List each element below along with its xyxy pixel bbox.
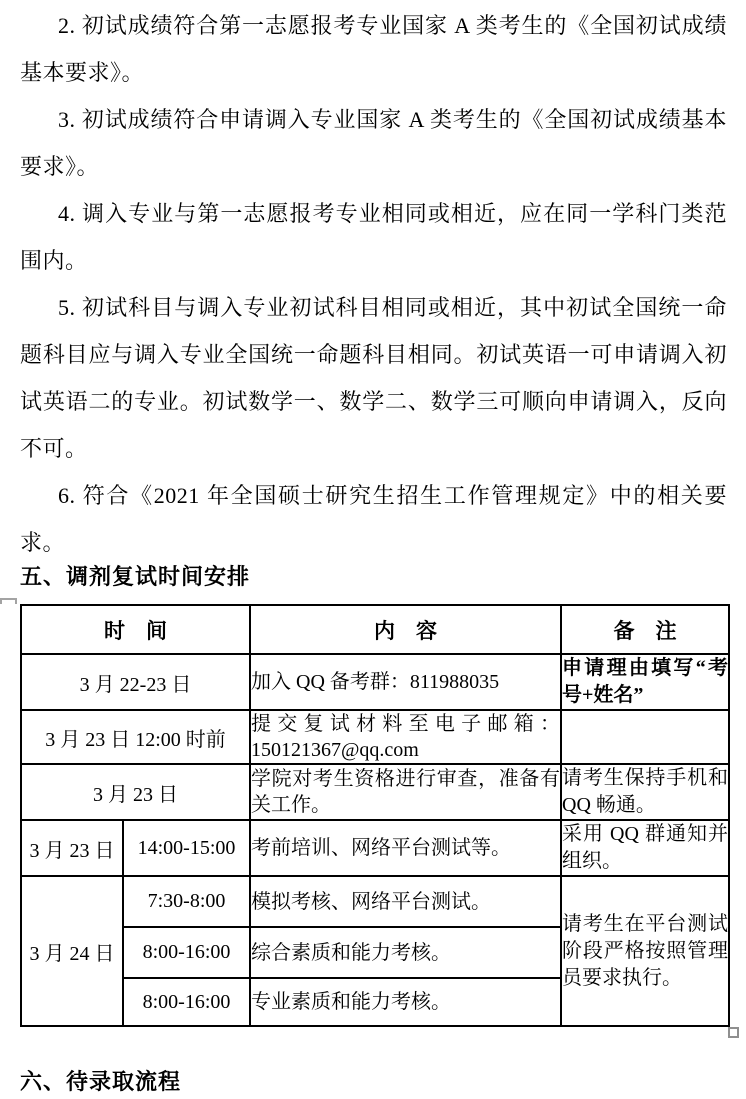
section-heading-five: 五、调剂复试时间安排 (20, 564, 727, 590)
date-cell: 3 月 23 日 (21, 820, 123, 876)
time-cell: 3 月 23 日 (21, 764, 250, 820)
column-header-note: 备 注 (561, 605, 729, 654)
time-cell: 3 月 23 日 12:00 时前 (21, 710, 250, 764)
note-cell: 请考生在平台测试阶段严格按照管理员要求执行。 (561, 876, 729, 1026)
document-body: 2. 初试成绩符合第一志愿报考专业国家 A 类考生的《全国初试成绩基本要求》。 … (0, 0, 746, 1095)
table-row: 3 月 22-23 日 加入 QQ 备考群：811988035 申请理由填写“考… (21, 654, 729, 710)
column-header-time: 时 间 (21, 605, 250, 654)
table-row: 3 月 23 日 学院对考生资格进行审查，准备有关工作。 请考生保持手机和 QQ… (21, 764, 729, 820)
table-move-handle[interactable] (0, 598, 17, 604)
column-header-content: 内 容 (250, 605, 561, 654)
section-heading-six: 六、待录取流程 (20, 1069, 727, 1095)
content-cell: 模拟考核、网络平台测试。 (250, 876, 561, 927)
content-cell: 综合素质和能力考核。 (250, 927, 561, 978)
time-cell: 14:00-15:00 (123, 820, 250, 876)
body-paragraph-4: 4. 调入专业与第一志愿报考专业相同或相近，应在同一学科门类范围内。 (20, 190, 727, 284)
time-cell: 8:00-16:00 (123, 978, 250, 1026)
time-cell: 7:30-8:00 (123, 876, 250, 927)
content-cell: 考前培训、网络平台测试等。 (250, 820, 561, 876)
table-header-row: 时 间 内 容 备 注 (21, 605, 729, 654)
body-paragraph-2: 2. 初试成绩符合第一志愿报考专业国家 A 类考生的《全国初试成绩基本要求》。 (20, 2, 727, 96)
date-cell: 3 月 24 日 (21, 876, 123, 1026)
email-label-line: 提交复试材料至电子邮箱： (251, 711, 560, 737)
time-cell: 3 月 22-23 日 (21, 654, 250, 710)
note-cell: 申请理由填写“考号+姓名” (561, 654, 729, 710)
body-paragraph-3: 3. 初试成绩符合申请调入专业国家 A 类考生的《全国初试成绩基本要求》。 (20, 96, 727, 190)
table-row: 3 月 23 日 14:00-15:00 考前培训、网络平台测试等。 采用 QQ… (21, 820, 729, 876)
content-cell: 学院对考生资格进行审查，准备有关工作。 (250, 764, 561, 820)
note-cell: 请考生保持手机和 QQ 畅通。 (561, 764, 729, 820)
schedule-table: 时 间 内 容 备 注 3 月 22-23 日 加入 QQ 备考群：811988… (20, 604, 730, 1027)
note-cell (561, 710, 729, 764)
body-paragraph-6: 6. 符合《2021 年全国硕士研究生招生工作管理规定》中的相关要求。 (20, 472, 727, 566)
body-paragraph-5: 5. 初试科目与调入专业初试科目相同或相近，其中初试全国统一命题科目应与调入专业… (20, 284, 727, 472)
table-row: 3 月 24 日 7:30-8:00 模拟考核、网络平台测试。 请考生在平台测试… (21, 876, 729, 927)
document-page: { "colors": { "text": "#000000", "backgr… (0, 0, 746, 1099)
table-row: 3 月 23 日 12:00 时前 提交复试材料至电子邮箱： 150121367… (21, 710, 729, 764)
content-cell: 提交复试材料至电子邮箱： 150121367@qq.com (250, 710, 561, 764)
email-address-line: 150121367@qq.com (251, 737, 560, 763)
content-cell: 加入 QQ 备考群：811988035 (250, 654, 561, 710)
time-cell: 8:00-16:00 (123, 927, 250, 978)
table-resize-handle[interactable] (728, 1027, 739, 1038)
content-cell: 专业素质和能力考核。 (250, 978, 561, 1026)
note-cell: 采用 QQ 群通知并组织。 (561, 820, 729, 876)
